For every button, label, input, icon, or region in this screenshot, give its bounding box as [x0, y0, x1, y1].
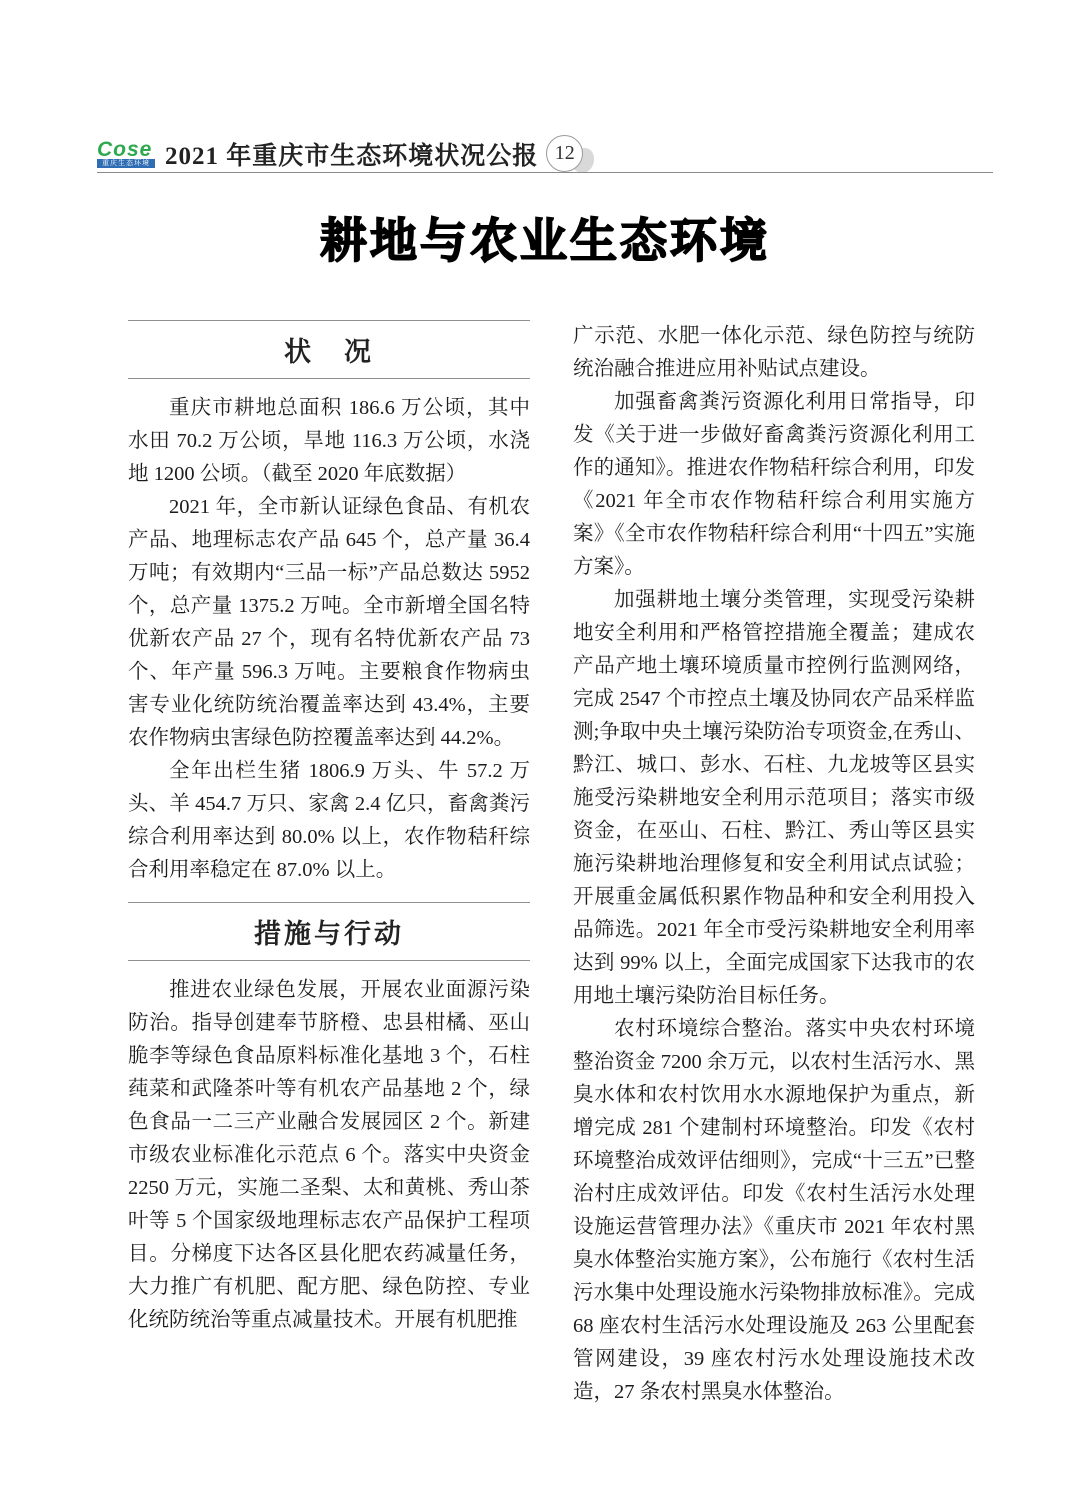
- right-column: 广示范、水肥一体化示范、绿色防控与统防统治融合推进应用补贴试点建设。 加强畜禽粪…: [573, 320, 975, 1409]
- cose-logo-subtext: 重庆生态环境: [97, 159, 155, 168]
- section-heading-status-label: 状 况: [284, 337, 374, 367]
- paragraph-green-agriculture: 推进农业绿色发展，开展农业面源污染防治。指导创建奉节脐橙、忠县柑橘、巫山脆李等绿…: [128, 974, 530, 1337]
- page-title: 耕地与农业生态环境: [0, 204, 1090, 271]
- document-page: Cose 重庆生态环境 2021 年重庆市生态环境状况公报 12 耕地与农业生态…: [0, 0, 1090, 1489]
- paragraph-green-food-certification: 2021 年，全市新认证绿色食品、有机农产品、地理标志农产品 645 个，总产量…: [128, 491, 530, 755]
- two-column-body: 状 况 重庆市耕地总面积 186.6 万公顷，其中水田 70.2 万公顷，旱地 …: [128, 320, 975, 1409]
- paragraph-land-area: 重庆市耕地总面积 186.6 万公顷，其中水田 70.2 万公顷，旱地 116.…: [128, 392, 530, 491]
- paragraph-rural-environment-remediation: 农村环境综合整治。落实中央农村环境整治资金 7200 余万元，以农村生活污水、黑…: [573, 1013, 975, 1409]
- page-number-badge: 12: [546, 135, 583, 172]
- section-heading-measures: 措施与行动: [128, 902, 530, 961]
- paragraph-soil-classification-management: 加强耕地土壤分类管理，实现受污染耕地安全利用和严格管控措施全覆盖；建成农产品产地…: [573, 584, 975, 1013]
- cose-logo: Cose 重庆生态环境: [97, 140, 155, 168]
- paragraph-manure-straw-utilization: 加强畜禽粪污资源化利用日常指导，印发《关于进一步做好畜禽粪污资源化利用工作的通知…: [573, 386, 975, 584]
- page-header: Cose 重庆生态环境 2021 年重庆市生态环境状况公报 12: [97, 134, 993, 174]
- paragraph-subsidy-pilot-continuation: 广示范、水肥一体化示范、绿色防控与统防统治融合推进应用补贴试点建设。: [573, 320, 975, 386]
- header-divider: [97, 172, 993, 173]
- left-column: 状 况 重庆市耕地总面积 186.6 万公顷，其中水田 70.2 万公顷，旱地 …: [128, 320, 530, 1337]
- paragraph-livestock-output: 全年出栏生猪 1806.9 万头、牛 57.2 万头、羊 454.7 万只、家禽…: [128, 755, 530, 887]
- section-heading-status: 状 况: [128, 320, 530, 379]
- report-title: 2021 年重庆市生态环境状况公报: [165, 136, 538, 172]
- page-number-area: 12: [546, 133, 598, 175]
- cose-logo-text: Cose: [97, 140, 155, 159]
- section-heading-measures-label: 措施与行动: [254, 919, 404, 949]
